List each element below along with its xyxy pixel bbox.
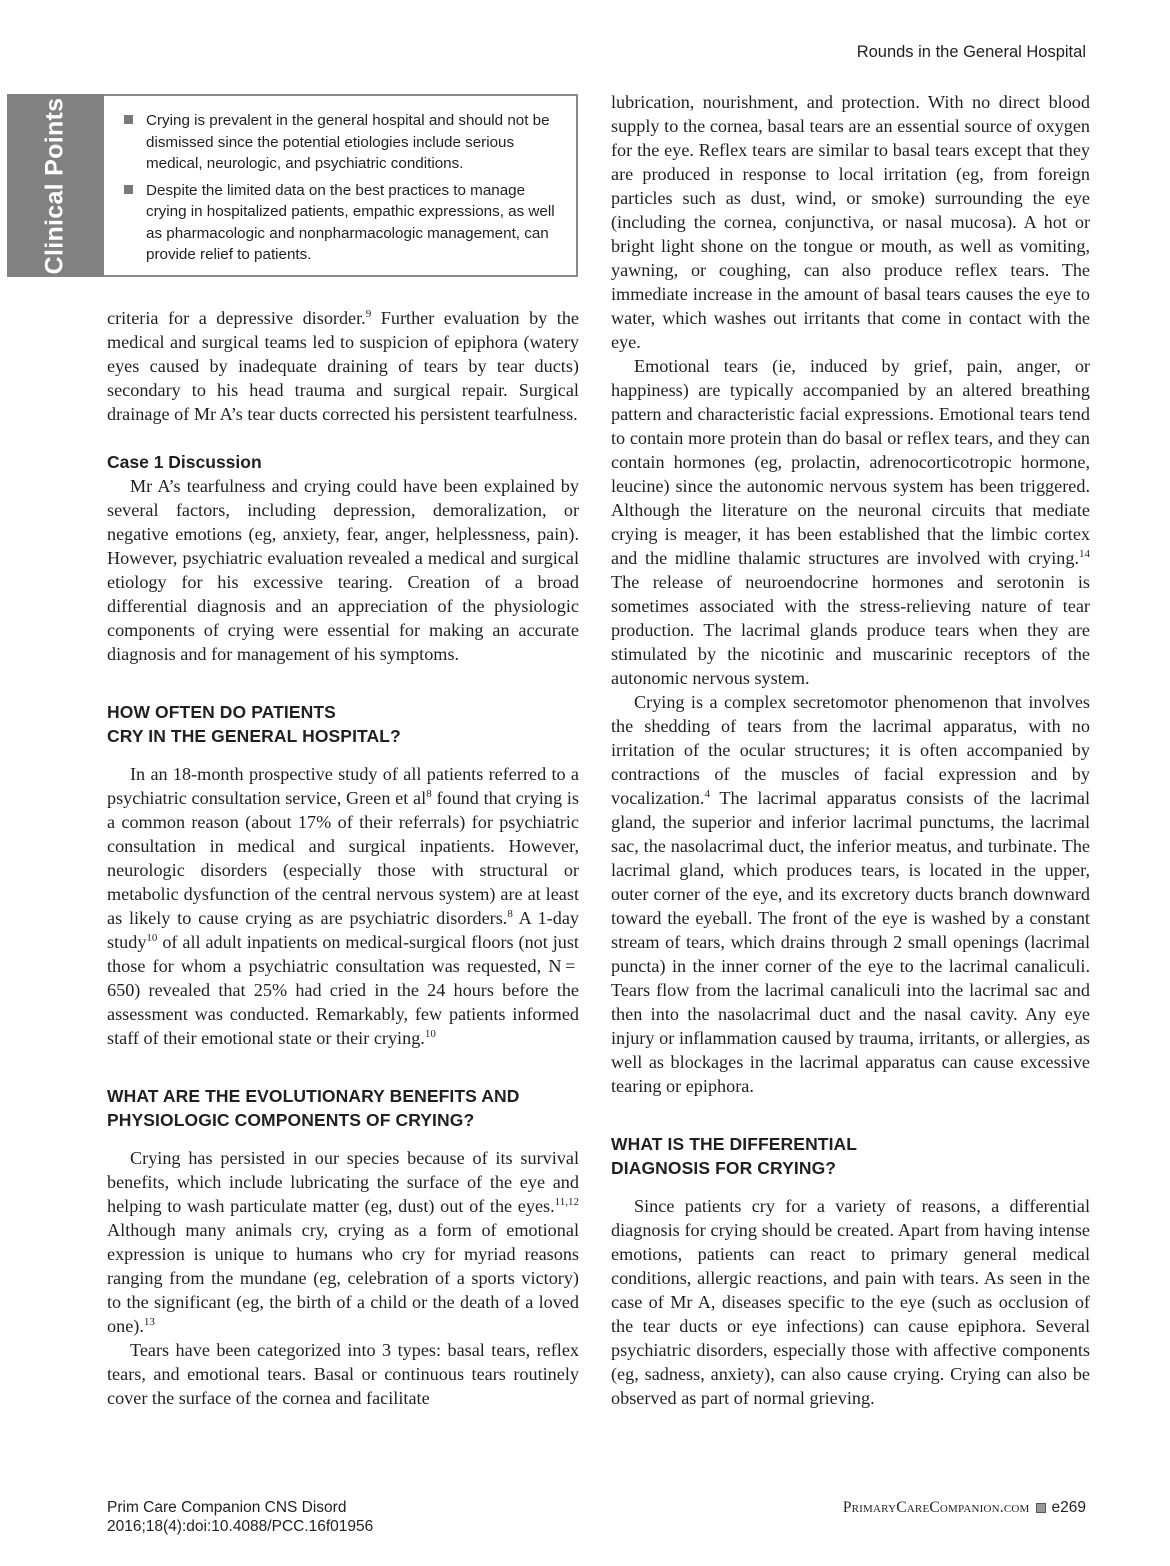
footer-citation: Prim Care Companion CNS Disord 2016;18(4…	[107, 1498, 373, 1536]
citation-superscript[interactable]: 14	[1079, 548, 1090, 560]
paragraph: lubrication, nourishment, and protection…	[611, 90, 1090, 354]
clinical-point-text: Crying is prevalent in the general hospi…	[146, 112, 550, 172]
citation-superscript[interactable]: 10	[425, 1028, 436, 1040]
text: The lacrimal apparatus consists of the l…	[611, 788, 1090, 1096]
paragraph: criteria for a depressive disorder.9 Fur…	[107, 306, 579, 426]
heading-line: WHAT ARE THE EVOLUTIONARY BENEFITS AND	[107, 1086, 519, 1106]
heading-line: DIAGNOSIS FOR CRYING?	[611, 1158, 836, 1178]
text: of all adult inpatients on medical-surgi…	[107, 932, 579, 1048]
doi-citation[interactable]: 2016;18(4):doi:10.4088/PCC.16f01956	[107, 1517, 373, 1536]
journal-name: Prim Care Companion CNS Disord	[107, 1498, 373, 1517]
clinical-points-label: Clinical Points	[41, 98, 70, 275]
citation-superscript[interactable]: 11,12	[555, 1196, 579, 1208]
paragraph: Emotional tears (ie, induced by grief, p…	[611, 354, 1090, 690]
citation-superscript[interactable]: 13	[144, 1316, 155, 1328]
text: found that crying is a common reason (ab…	[107, 788, 579, 928]
running-head-title: Rounds in the General Hospital	[857, 43, 1086, 62]
clinical-points-box: Clinical Points Crying is prevalent in t…	[7, 94, 578, 277]
text: Although many animals cry, crying as a f…	[107, 1220, 579, 1336]
right-column: lubrication, nourishment, and protection…	[611, 90, 1090, 1410]
section-heading: WHAT ARE THE EVOLUTIONARY BENEFITS AND P…	[107, 1084, 579, 1132]
footer-page-info: PrimaryCareCompanion.com e269	[843, 1498, 1086, 1517]
text: The release of neuroendocrine hormones a…	[611, 572, 1090, 688]
clinical-point-text: Despite the limited data on the best pra…	[146, 182, 555, 264]
square-bullet-icon	[124, 115, 133, 124]
section-heading: WHAT IS THE DIFFERENTIAL DIAGNOSIS FOR C…	[611, 1132, 1090, 1180]
square-icon	[1036, 1503, 1046, 1513]
paragraph: In an 18-month prospective study of all …	[107, 762, 579, 1050]
left-column: criteria for a depressive disorder.9 Fur…	[107, 306, 579, 1410]
clinical-point-item: Despite the limited data on the best pra…	[124, 180, 562, 266]
section-heading: HOW OFTEN DO PATIENTS CRY IN THE GENERAL…	[107, 700, 579, 748]
heading-line: CRY IN THE GENERAL HOSPITAL?	[107, 726, 401, 746]
text: Emotional tears (ie, induced by grief, p…	[611, 356, 1090, 568]
clinical-points-tab: Clinical Points	[7, 94, 104, 277]
website-link[interactable]: PrimaryCareCompanion.com	[843, 1498, 1030, 1517]
square-bullet-icon	[124, 185, 133, 194]
citation-superscript[interactable]: 10	[146, 932, 157, 944]
case-discussion-heading: Case 1 Discussion	[107, 450, 579, 474]
text: criteria for a depressive disorder.	[107, 308, 366, 328]
paragraph: Mr A’s tearfulness and crying could have…	[107, 474, 579, 666]
heading-line: PHYSIOLOGIC COMPONENTS OF CRYING?	[107, 1110, 474, 1130]
paragraph: Tears have been categorized into 3 types…	[107, 1338, 579, 1410]
paragraph: Since patients cry for a variety of reas…	[611, 1194, 1090, 1410]
clinical-points-list: Crying is prevalent in the general hospi…	[104, 96, 576, 266]
heading-line: WHAT IS THE DIFFERENTIAL	[611, 1134, 857, 1154]
clinical-point-item: Crying is prevalent in the general hospi…	[124, 110, 562, 175]
clinical-points-body: Crying is prevalent in the general hospi…	[104, 94, 578, 277]
heading-line: HOW OFTEN DO PATIENTS	[107, 702, 336, 722]
paragraph: Crying has persisted in our species beca…	[107, 1146, 579, 1338]
page-number: e269	[1052, 1498, 1086, 1517]
paragraph: Crying is a complex secretomotor phenome…	[611, 690, 1090, 1098]
text: Crying has persisted in our species beca…	[107, 1148, 579, 1216]
